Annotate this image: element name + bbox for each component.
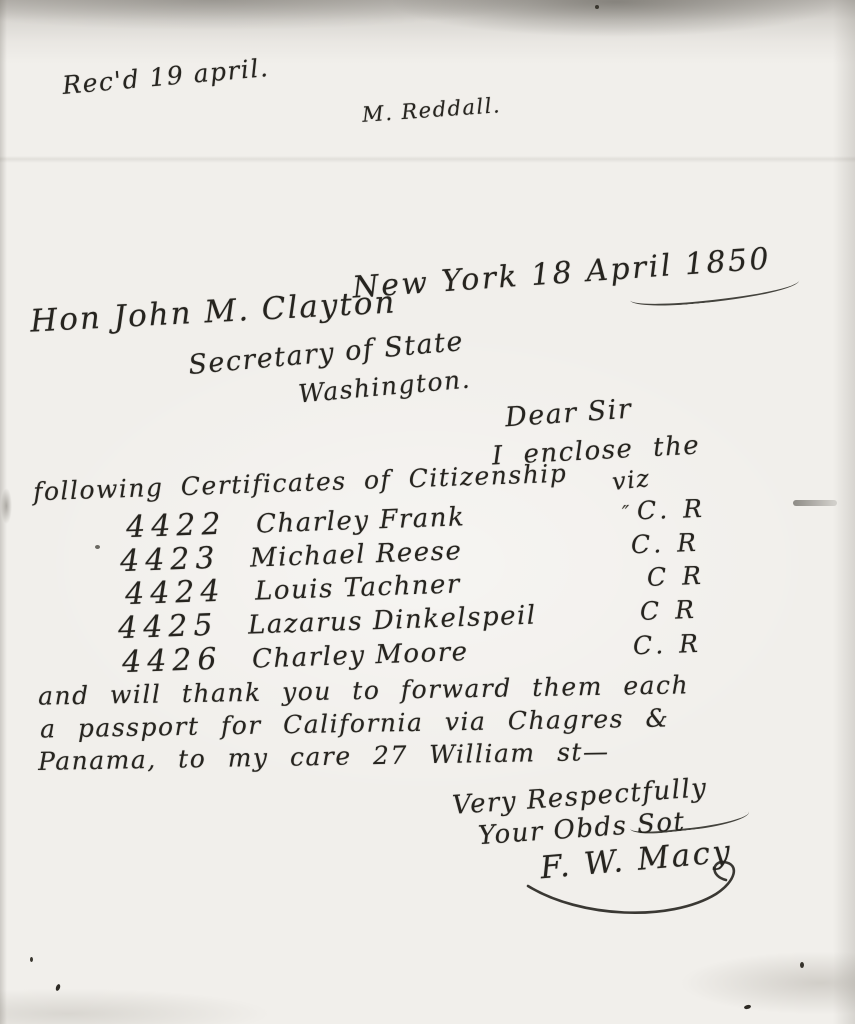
certificate-name: Charley Moore (252, 632, 628, 675)
certificate-number: 4426 (122, 641, 253, 681)
received-note: Rec'd 19 april. (61, 53, 270, 100)
top-edge-speck (595, 5, 599, 9)
bottom-left-speck-2 (30, 957, 33, 962)
clerk-name-note: M. Reddall. (361, 93, 501, 127)
letter-scan-page: Rec'd 19 april. M. Reddall. New York 18 … (0, 0, 855, 1024)
bottom-left-speck-1 (55, 984, 61, 992)
salutation: Dear Sir (504, 394, 633, 434)
body-line-3: Panama, to my care 27 William st— (38, 737, 610, 776)
right-edge-pin-mark (793, 500, 837, 506)
left-edge-crease-mark (0, 488, 22, 548)
ditto-mark: ″ (622, 501, 632, 525)
recipient-city: Washington. (297, 365, 472, 409)
certificate-cr-mark: C. R (632, 629, 702, 660)
certificate-cr-mark: C. R (636, 494, 706, 525)
bottom-right-speck-2 (800, 962, 804, 968)
left-margin-speck (95, 545, 100, 549)
certificate-cr-mark: C R (646, 561, 705, 592)
bottom-right-speck-1 (744, 1004, 752, 1010)
certificate-number: 4425 (118, 607, 249, 647)
recipient-name: Hon John M. Clayton (29, 284, 397, 339)
signature-flourish (520, 852, 750, 924)
certificate-cr-mark: C R (639, 595, 698, 626)
certificate-cr-mark: C. R (630, 528, 700, 559)
